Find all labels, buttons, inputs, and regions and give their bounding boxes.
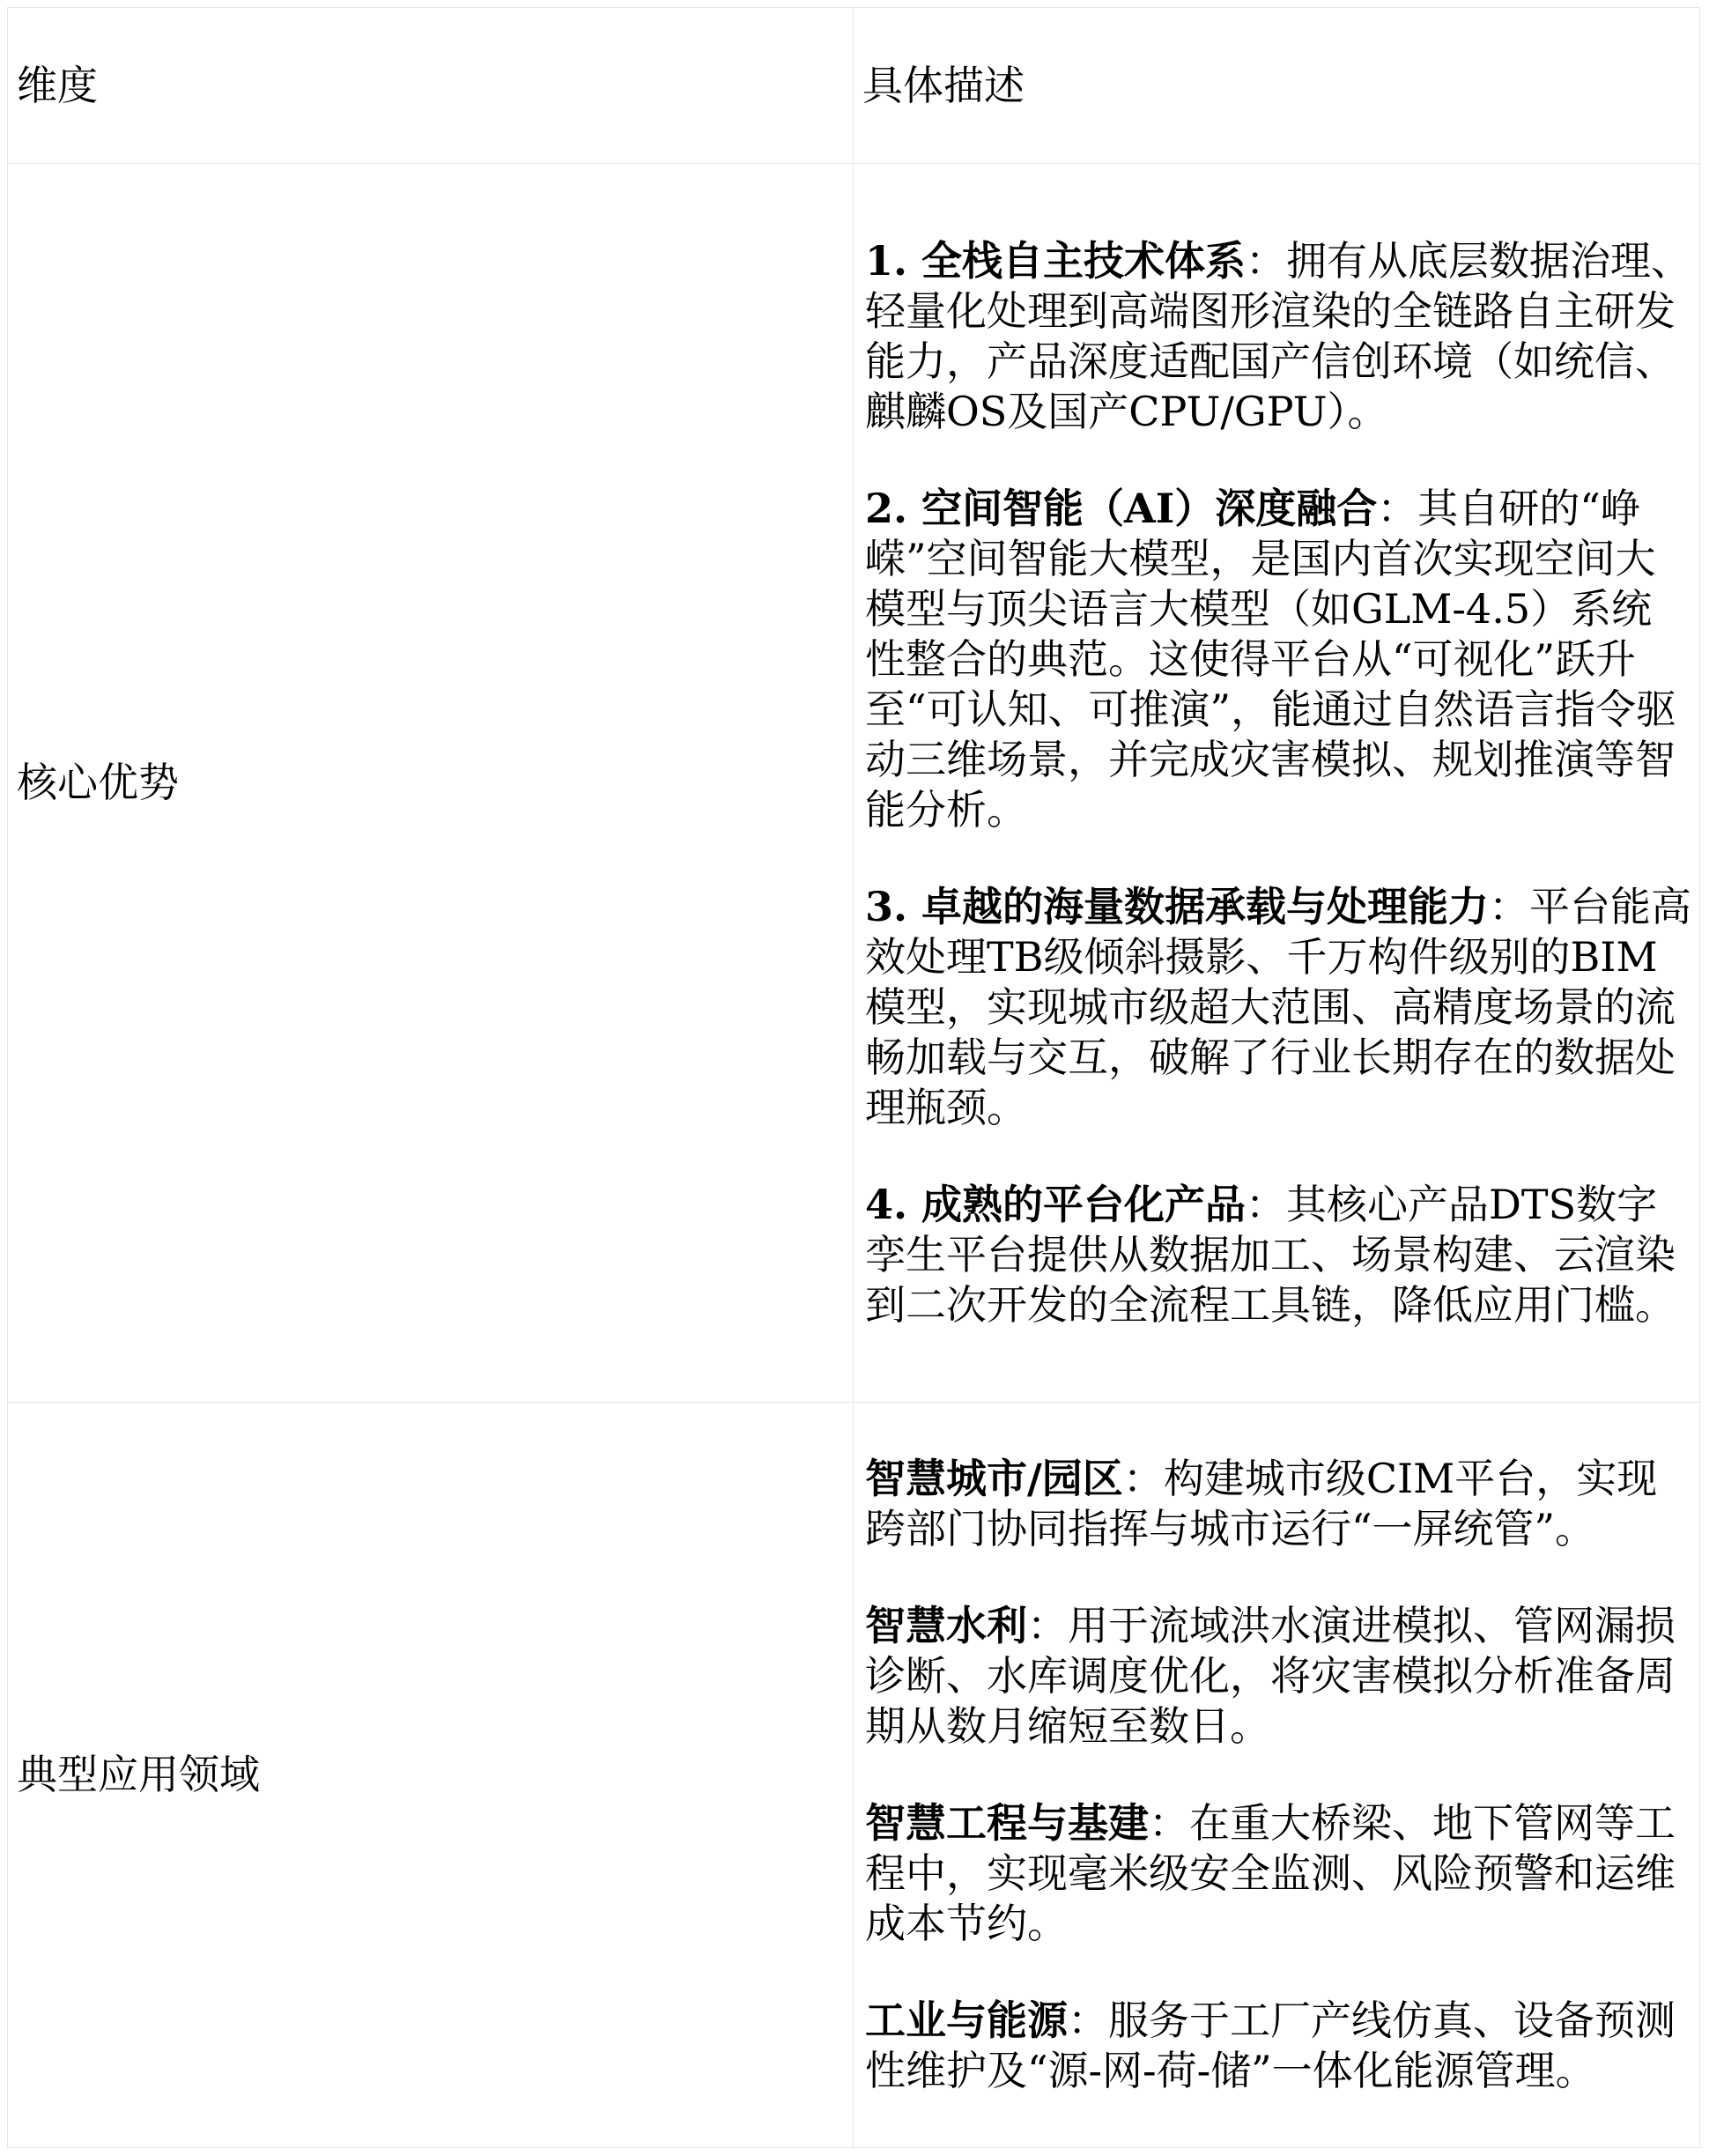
row-label: 核心优势: [8, 164, 854, 1403]
row-label: 典型应用领域: [8, 1403, 854, 2148]
item-title: 1. 全栈自主技术体系: [865, 237, 1246, 285]
advantage-item: 2. 空间智能（AI）深度融合：其自研的“峥嵘”空间智能大模型，是国内首次实现空…: [865, 484, 1692, 835]
application-item: 智慧工程与基建：在重大桥梁、地下管网等工程中，实现毫米级安全监测、风险预警和运维…: [865, 1798, 1692, 1949]
item-title: 工业与能源: [865, 1997, 1068, 2044]
header-description: 具体描述: [854, 8, 1700, 164]
item-title: 2. 空间智能（AI）深度融合: [865, 485, 1377, 532]
advantage-item: 4. 成熟的平台化产品：其核心产品DTS数字孪生平台提供从数据加工、场景构建、云…: [865, 1180, 1692, 1330]
item-title: 智慧城市/园区: [865, 1455, 1123, 1502]
row-description: 1. 全栈自主技术体系：拥有从底层数据治理、轻量化处理到高端图形渲染的全链路自主…: [854, 164, 1700, 1403]
item-title: 智慧工程与基建: [865, 1799, 1149, 1847]
item-title: 4. 成熟的平台化产品: [865, 1181, 1246, 1228]
header-dimension: 维度: [8, 8, 854, 164]
row-description: 智慧城市/园区：构建城市级CIM平台，实现跨部门协同指挥与城市运行“一屏统管”。…: [854, 1403, 1700, 2148]
table-row-applications: 典型应用领域 智慧城市/园区：构建城市级CIM平台，实现跨部门协同指挥与城市运行…: [8, 1403, 1700, 2148]
advantage-item: 3. 卓越的海量数据承载与处理能力：平台能高效处理TB级倾斜摄影、千万构件级别的…: [865, 882, 1692, 1133]
application-item: 智慧水利：用于流域洪水演进模拟、管网漏损诊断、水库调度优化，将灾害模拟分析准备周…: [865, 1601, 1692, 1752]
capability-table: 维度 具体描述 核心优势 1. 全栈自主技术体系：拥有从底层数据治理、轻量化处理…: [7, 7, 1700, 2148]
item-title: 3. 卓越的海量数据承载与处理能力: [865, 883, 1489, 930]
item-text: ：其自研的“峥嵘”空间智能大模型，是国内首次实现空间大模型与顶尖语言大模型（如G…: [865, 485, 1676, 834]
table-row-core-advantages: 核心优势 1. 全栈自主技术体系：拥有从底层数据治理、轻量化处理到高端图形渲染的…: [8, 164, 1700, 1403]
application-item: 智慧城市/园区：构建城市级CIM平台，实现跨部门协同指挥与城市运行“一屏统管”。: [865, 1454, 1692, 1554]
table-header-row: 维度 具体描述: [8, 8, 1700, 164]
application-item: 工业与能源：服务于工厂产线仿真、设备预测性维护及“源-网-荷-储”一体化能源管理…: [865, 1996, 1692, 2096]
item-title: 智慧水利: [865, 1602, 1027, 1649]
advantage-item: 1. 全栈自主技术体系：拥有从底层数据治理、轻量化处理到高端图形渲染的全链路自主…: [865, 236, 1692, 437]
